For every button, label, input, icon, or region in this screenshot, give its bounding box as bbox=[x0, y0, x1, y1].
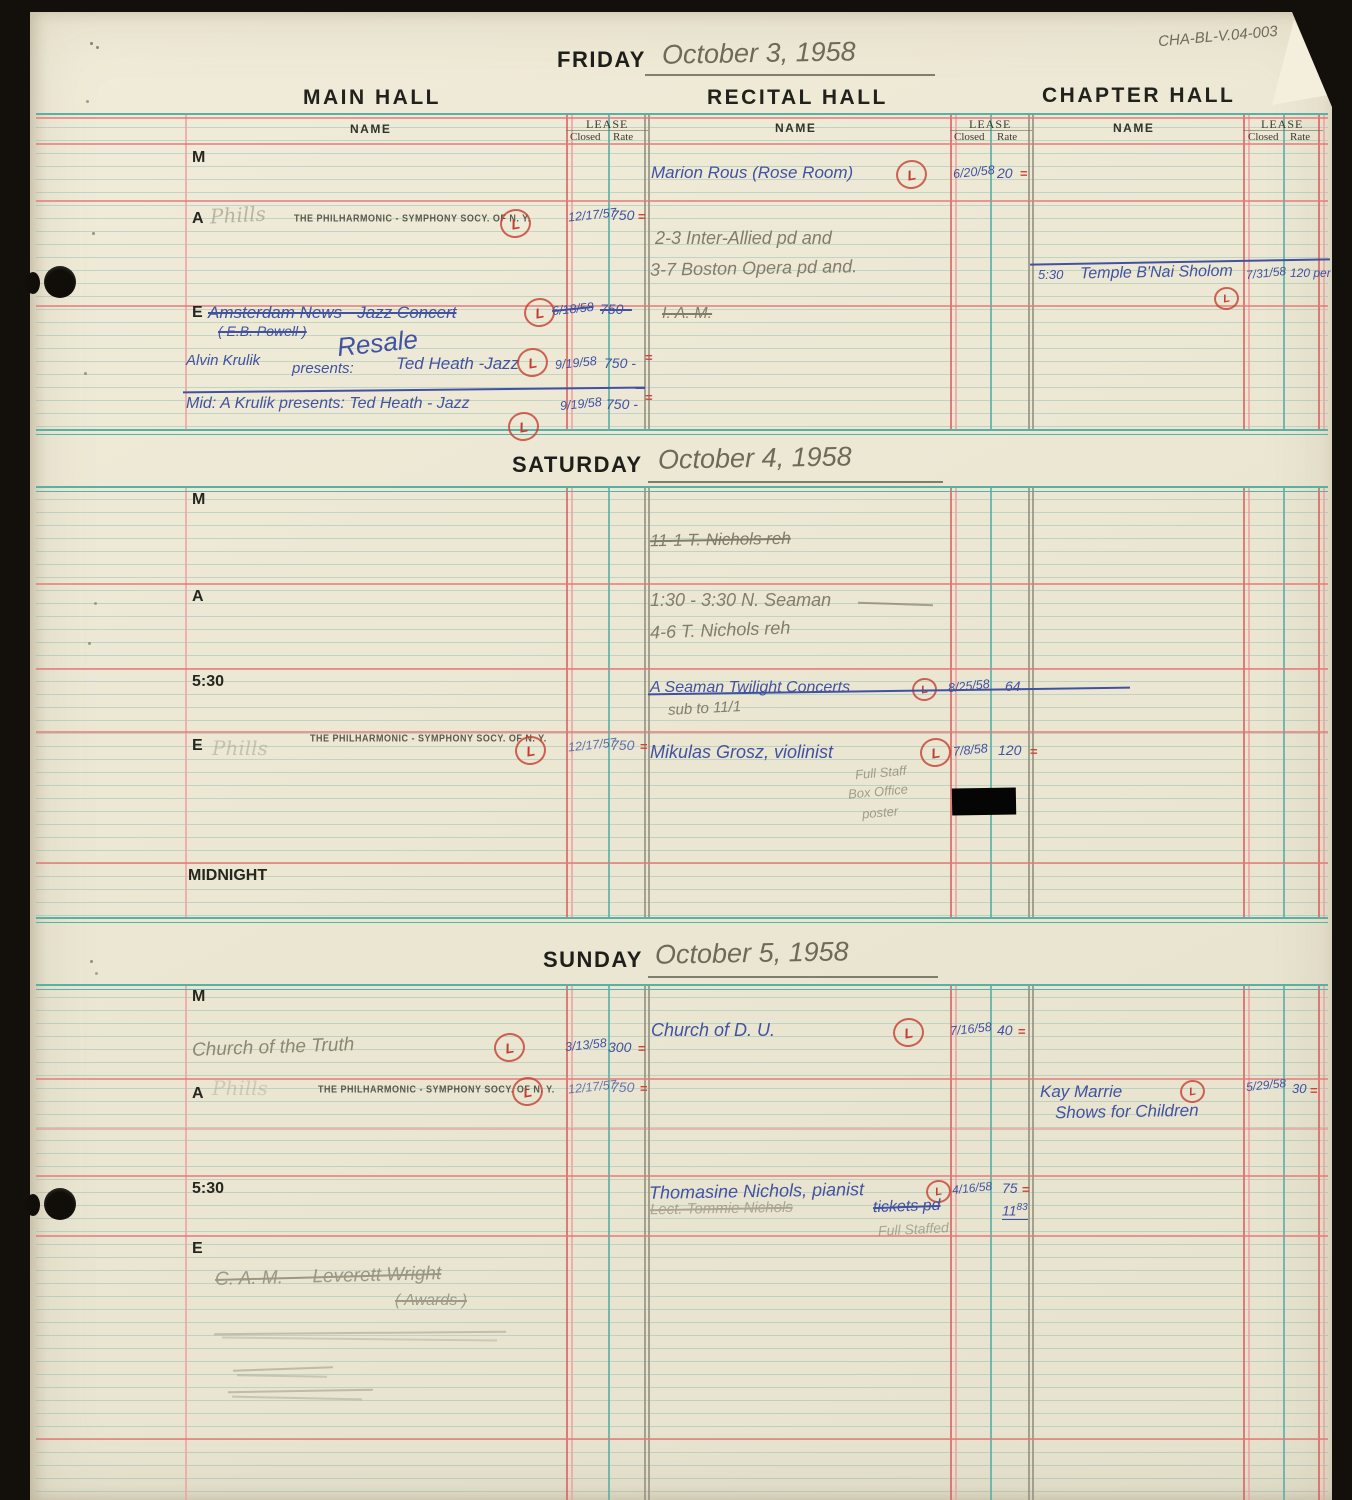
entry-philharmonic-stamp: THE PHILHARMONIC - SYMPHONY SOCY. OF N. … bbox=[294, 212, 531, 224]
entry-shows-for-children: Shows for Children bbox=[1055, 1101, 1199, 1124]
rate-paid-mark: = bbox=[638, 1041, 646, 1056]
date-friday: October 3, 1958 bbox=[662, 36, 856, 70]
entry-eb-powell: ( E.B. Powell ) bbox=[218, 323, 307, 339]
col-lease-chapter: LEASE bbox=[1261, 117, 1303, 132]
col-rate-main: Rate bbox=[613, 131, 633, 143]
amount-note: 1183 bbox=[1002, 1202, 1028, 1220]
row-label-a: A bbox=[192, 210, 204, 228]
entry-seaman: 1:30 - 3:30 N. Seaman bbox=[650, 590, 831, 611]
rate-value: 75 bbox=[1002, 1180, 1018, 1196]
col-closed-recital: Closed bbox=[954, 131, 985, 143]
day-label-sunday: SUNDAY bbox=[543, 947, 643, 973]
entry-temple: Temple B'Nai Sholom bbox=[1080, 263, 1233, 284]
row-line bbox=[36, 731, 1328, 733]
amount-main: 11 bbox=[1002, 1203, 1017, 1219]
date-saturday: October 4, 1958 bbox=[658, 441, 852, 475]
row-line bbox=[36, 668, 1328, 670]
rate-value: 750 bbox=[611, 207, 634, 223]
entry-marion-rous: Marion Rous (Rose Room) bbox=[651, 163, 853, 183]
rate-paid-mark: = bbox=[640, 1081, 648, 1096]
entry-philharmonic-script: Phills bbox=[212, 1076, 268, 1100]
col-name-main: NAME bbox=[350, 122, 391, 136]
section-line bbox=[36, 429, 1328, 431]
row-label-e: E bbox=[192, 737, 203, 755]
row-label-e: E bbox=[192, 304, 203, 322]
amount-sup: 83 bbox=[1017, 1202, 1028, 1213]
entry-kay-marrie: Kay Marrie bbox=[1040, 1082, 1122, 1102]
col-lease-recital: LEASE bbox=[969, 117, 1011, 132]
rate-paid-mark: = bbox=[638, 209, 646, 224]
rate-paid-mark: = bbox=[1020, 166, 1028, 181]
col-rate-recital: Rate bbox=[997, 131, 1017, 143]
col-closed-main: Closed bbox=[570, 131, 601, 143]
date-underline bbox=[648, 481, 943, 483]
paper-specks bbox=[90, 42, 93, 45]
row-label-m: M bbox=[192, 988, 205, 1006]
date-underline bbox=[648, 976, 938, 978]
rate-paid-mark: = bbox=[645, 350, 653, 365]
col-lease-main: LEASE bbox=[586, 117, 628, 132]
rate-value: 64 bbox=[1005, 678, 1021, 694]
entry-krulik-presents: presents: bbox=[292, 360, 354, 377]
row-label-m: M bbox=[192, 149, 205, 167]
day-label-friday: FRIDAY bbox=[557, 47, 646, 73]
note-poster: poster bbox=[861, 803, 898, 821]
entry-amsterdam-news: Amsterdam News - Jazz Concert bbox=[208, 303, 456, 323]
col-name-chapter: NAME bbox=[1113, 121, 1154, 135]
section-line bbox=[36, 984, 1328, 986]
hall-header-main: MAIN HALL bbox=[303, 86, 441, 110]
row-line bbox=[36, 143, 1328, 145]
date-sunday: October 5, 1958 bbox=[655, 936, 849, 970]
entry-philharmonic-script: Phills bbox=[212, 736, 268, 760]
entry-iam: I. A. M. bbox=[662, 305, 712, 323]
col-closed-chapter: Closed bbox=[1248, 131, 1279, 143]
section-line bbox=[36, 989, 1328, 990]
rate-paid-mark: = bbox=[1310, 1083, 1318, 1098]
ledger-scan: FRIDAY October 3, 1958 CHA-BL-V.04-003 M… bbox=[0, 0, 1352, 1500]
row-line bbox=[36, 1438, 1328, 1440]
entry-krulik-act: Ted Heath -Jazz bbox=[396, 354, 519, 374]
entry-nichols-reh-m: 11-1 T. Nichols reh bbox=[650, 529, 791, 551]
rate-paid-mark: = bbox=[640, 739, 648, 754]
scan-edge bbox=[1332, 0, 1352, 1500]
row-label-a: A bbox=[192, 588, 204, 606]
rate-value: 750 bbox=[611, 1079, 634, 1095]
row-label-530: 5:30 bbox=[192, 1180, 224, 1198]
redaction-box bbox=[952, 787, 1016, 815]
day-label-saturday: SATURDAY bbox=[512, 452, 643, 478]
entry-church-of-du: Church of D. U. bbox=[651, 1020, 775, 1041]
section-line bbox=[36, 922, 1328, 923]
entry-mid-krulik: Mid: A Krulik presents: Ted Heath - Jazz bbox=[186, 395, 470, 413]
ruled-lines bbox=[36, 985, 1328, 1500]
punch-hole-notch bbox=[26, 1194, 40, 1216]
entry-lect-tommie-nichols: Lect. Tommie Nichols bbox=[650, 1199, 793, 1218]
row-label-midnight: MIDNIGHT bbox=[188, 867, 267, 885]
row-line bbox=[36, 1235, 1328, 1237]
row-line bbox=[36, 1175, 1328, 1177]
entry-mikulas-grosz: Mikulas Grosz, violinist bbox=[650, 742, 833, 763]
punch-hole bbox=[44, 266, 76, 298]
col-name-recital: NAME bbox=[775, 121, 816, 135]
row-line bbox=[36, 862, 1328, 864]
hall-header-recital: RECITAL HALL bbox=[707, 86, 888, 110]
section-line bbox=[36, 486, 1328, 488]
col-rate-chapter: Rate bbox=[1290, 131, 1310, 143]
row-label-e: E bbox=[192, 1240, 203, 1258]
entry-awards: ( Awards ) bbox=[395, 1292, 467, 1310]
rate-paid-mark: = bbox=[1018, 1024, 1026, 1039]
punch-hole-notch bbox=[26, 272, 40, 294]
entry-philharmonic-script: Phills bbox=[209, 202, 266, 229]
section-line bbox=[36, 113, 1328, 115]
rate-value: 120 bbox=[998, 742, 1021, 758]
rate-value: 750 - bbox=[600, 301, 632, 317]
section-line bbox=[36, 434, 1328, 435]
rate-value: 30 bbox=[1292, 1081, 1306, 1096]
rate-value: 20 bbox=[997, 165, 1013, 181]
rate-value: 750 - bbox=[606, 396, 638, 412]
row-label-m: M bbox=[192, 491, 205, 509]
section-line bbox=[36, 491, 1328, 492]
rate-paid-mark: = bbox=[1030, 744, 1038, 759]
entry-krulik-name: Alvin Krulik bbox=[186, 352, 260, 369]
entry-tickets-pd: tickets pd bbox=[873, 1197, 941, 1217]
entry-temple-time: 5:30 bbox=[1038, 267, 1063, 282]
entry-inter-allied: 2-3 Inter-Allied pd and bbox=[655, 228, 832, 249]
rate-paid-mark: = bbox=[645, 390, 653, 405]
rate-paid-mark: = bbox=[1022, 1182, 1030, 1197]
row-line bbox=[36, 200, 1328, 202]
row-label-a: A bbox=[192, 1085, 204, 1103]
entry-philharmonic-stamp: THE PHILHARMONIC - SYMPHONY SOCY. OF N. … bbox=[310, 732, 547, 744]
row-line bbox=[36, 1128, 1328, 1130]
rate-value: 300 bbox=[608, 1039, 631, 1055]
rate-value: 750 - bbox=[604, 355, 636, 371]
row-label-530: 5:30 bbox=[192, 673, 224, 691]
row-line bbox=[36, 583, 1328, 585]
date-underline bbox=[645, 74, 935, 76]
entry-boston-opera: 3-7 Boston Opera pd and. bbox=[650, 256, 857, 281]
hall-header-chapter: CHAPTER HALL bbox=[1042, 84, 1235, 108]
section-line bbox=[36, 117, 1328, 119]
punch-hole bbox=[44, 1188, 76, 1220]
rate-value: 40 bbox=[997, 1022, 1013, 1038]
section-line bbox=[36, 917, 1328, 919]
rate-value: 750 bbox=[611, 737, 634, 753]
